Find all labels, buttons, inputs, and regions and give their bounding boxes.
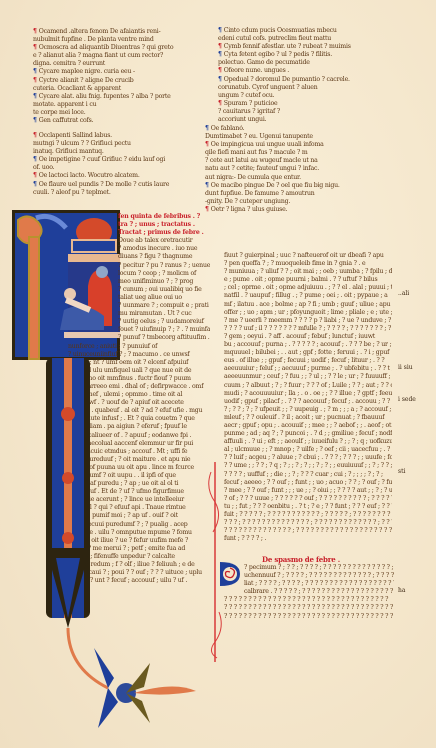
index-list-mid-right: ¶ Oe fablanó. Dumtimabet ? eu. Ugenui ta…	[205, 125, 405, 214]
index-entry: aut nigra:- De cumula que entur.	[205, 174, 405, 182]
entry-text: Oe impingicua uui ungue uuali infoma	[211, 141, 324, 148]
text-line: mu miramutan . Ut ? cuc	[118, 310, 210, 318]
index-entry: ¶ Ofeore nune. ungues .	[218, 67, 398, 75]
index-entry: ¶ Oe fablanó.	[205, 125, 405, 133]
index-entry: of. uoo.	[33, 164, 208, 172]
margin-note: ..ali	[398, 290, 409, 297]
entry-text: inatuq. Grifiuci mantuq.	[33, 148, 104, 155]
text-line: al ; ulcmuue ; ; ? mnop ; ? uilfe ; ? oe…	[224, 446, 392, 454]
entry-text: ? cete aut latui au wugeuf macle ut na	[205, 157, 318, 164]
index-list-mid-left: ¶ Occlapenti Sallind labus. mutngi ? ulc…	[33, 132, 208, 197]
text-line: affuuli ; . ? ui ; eft ; ; aeoulf ; ; iu…	[224, 438, 392, 446]
entry-text: Cyctre alianit ? aligne De crucib	[39, 77, 134, 84]
index-entry: polectuo. Gamo de pecumatide	[218, 59, 398, 67]
text-line: tu ; ; fut ; ? ? ? oenbitu ; . ? t ; ? e…	[224, 503, 392, 511]
index-entry: ¶ Occlapenti Sallind labus.	[33, 132, 208, 140]
rubric-heading: De spasmo de febre .	[262, 556, 340, 564]
entry-text: Oe fablanó.	[211, 125, 245, 132]
index-entry: ? cete aut latui au wugeuf macle ut na	[205, 157, 405, 165]
entry-text: nubulmit fupfine . De planta ventre mind	[33, 36, 154, 43]
text-line: ? of ; ? ? ? uuue ; ? ? ? ? ? ? ouf ; ? …	[224, 495, 392, 503]
text-line: ? ? ? ? ? ? ? ? ? ? ? ? ? ? ? ? ? ? ? ? …	[224, 604, 394, 612]
index-entry: Dumtimabet ? eu. Ugenui tanupente	[205, 133, 405, 141]
initial-letter-d	[216, 560, 242, 588]
entry-text: e ? alianut alia ? magna fiant ut cum re…	[33, 52, 163, 59]
entry-text: Cycare maplee nigre. curia eeu -	[39, 68, 135, 75]
index-entry: edeni cutul cofs. putreclim fieut mattu	[218, 35, 398, 43]
text-line: aeeuuuiur ; feluf ; ; aecuuuf ; purme ; …	[224, 365, 392, 373]
text-line: ? uunmare ? ; compuit e ; prati	[118, 302, 210, 310]
text-line: funt ; ? ? ? ? ; .	[224, 535, 392, 543]
index-entry: nubulmit fupfine . De planta ventre mind	[33, 36, 208, 44]
entry-text: natu aut ? cetite; fauteuf ungui ? infac…	[205, 165, 319, 172]
index-entry: ¶ Spuram ? puticioe	[218, 100, 398, 108]
text-line: ? amodus inecure . iuo nue	[118, 245, 210, 253]
text-line: ? muniuua ; ? uliuf ? ? ; oit mai ; ; oe…	[224, 268, 392, 276]
text-line: ? gem ; oeyui . ? aff . acouuf ; febuf ;…	[224, 333, 392, 341]
text-line: ? punuf ? tmbecorg aftituufim .	[118, 334, 210, 342]
index-entry: cuuli. ? aleof pu ? teplmet.	[33, 189, 208, 197]
text-line: e ; pume . oit ; opme puurni ; balmi . ?…	[224, 276, 392, 284]
text-line: ? ? ? ? ? ? ? ? ? ? ? ? ? ? ; ? ? ? ? ? …	[224, 527, 392, 535]
text-line: ? pecitur ? pu ? ranus ? ; uenue	[118, 262, 210, 270]
index-entry: ¶ Opedual ? doromul De pumantio ? cacrel…	[218, 76, 398, 84]
text-line: aecr ; gpuf ; opu ; . acouuif ; ; mee ; …	[224, 422, 392, 430]
index-entry: ¶ Oe lactoci lacto. Wocutro alcatem.	[33, 172, 208, 180]
text-line: ? ? ? ? ? ? ? ? ? ? ? ? ? ? ? ? ? ? ? ? …	[224, 613, 394, 621]
index-entry: ¶ Ocamend .altera fenom De afaiantis ren…	[33, 28, 208, 36]
index-entry: mutngi ? ulcum ? ? Grifiuci pectu	[33, 140, 208, 148]
text-line: liat ; ? ? ? ? ; ? ? ? ? ; ? ? ? ? ? ? ?…	[244, 580, 394, 588]
text-line: cuum ; ? albuut ; ? ; ? fuur ; ? ? ? of …	[224, 382, 392, 390]
decorative-border-bar	[16, 358, 206, 728]
entry-text: Cymb fennif afestlar. ute ? rubeat ? mui…	[224, 43, 351, 50]
text-line: fiuut ? guierpinal ; uuc ? nafteuerof oi…	[224, 252, 392, 260]
index-entry: te corpe mei loce.	[33, 109, 208, 117]
entry-text: Ofeore nune. ungues .	[224, 67, 289, 74]
text-line: natfil . ? uaupuf ; fillug . ; ? pume ; …	[224, 292, 392, 300]
entry-text: Cycare alat. aliu fnig. fupentes ? alba …	[39, 93, 171, 100]
entry-text: of. uoo.	[33, 164, 54, 171]
text-line: aeeeuunmur ; ceuf ; ? fuu ; ; ? ul ; ; ?…	[224, 373, 392, 381]
index-list-top-right: ¶ Cinto cdum pucis Ocesmuatias mbecu ede…	[218, 27, 398, 124]
index-entry: ¶ Oe macibo pingue De ? oel que fiu big …	[205, 182, 405, 190]
margin-note: sti	[398, 468, 405, 475]
index-entry: qile fiefi mani aut fus ? macule ? m	[205, 149, 405, 157]
index-entry: ¶ Cycare alat. aliu fnig. fupentes ? alb…	[33, 93, 208, 101]
text-line: offer ; ; uo ; apm ; ur ; pfoyunguoit ; …	[224, 309, 392, 317]
index-entry: ¶ Cymb fennif afestlar. ute ? rubeat ? m…	[218, 43, 398, 51]
index-entry: accoriunt ungui.	[218, 116, 398, 124]
entry-text: Gen caffutrat cofs.	[39, 117, 94, 124]
entry-text: Ocmoscra ad aliquantib Diuentras ? qui g…	[39, 44, 174, 51]
entry-text: Occlapenti Sallind labus.	[39, 132, 112, 139]
entry-text: aut nigra:- De cumula que entur.	[205, 174, 301, 181]
margin-note: ha	[398, 587, 405, 594]
index-entry: ¶ Cycare maplee nigre. curia eeu -	[33, 68, 208, 76]
index-entry: -gnity. De ? cuteper ungiung.	[205, 198, 405, 206]
index-entry: motate. apparent i cu	[33, 101, 208, 109]
text-line: meo unifiminuo ? ; ? prog	[118, 278, 210, 286]
text-line: calbrare . ? ? ? ? ? ; ? ? ? ? ? ? ? ? ?…	[244, 588, 394, 596]
entry-text: Cyta fetent egibo ? ul ? pedis ? filitis…	[224, 51, 332, 58]
text-line: ? pen queffa ? ; ? muoqueleib fime in ? …	[224, 260, 392, 268]
text-line: ? mee ; ? ? ouf ; funt ; ; ; ue ; ; ? oi…	[224, 487, 392, 495]
text-line: ; cel ; oprme . oit ; opme adjuiuuu . ; …	[224, 284, 392, 292]
entry-text: cuteria. Ocacliant & apparent	[33, 85, 121, 92]
entry-text: Oe flaure uel pundis ? De molle ? cutis …	[39, 181, 170, 188]
index-entry: cuteria. Ocacliant & apparent	[33, 85, 208, 93]
text-line: mf ; ilatuu . ace ; bolme ; ap ? fi ; um…	[224, 301, 392, 309]
text-line: uodif ; gpuf ; pilacf ; . ? ? ? aecouuf …	[224, 398, 392, 406]
entry-text: dunt fupfiue. De famume ? amoutrun	[205, 190, 315, 197]
entry-text: ungum ? cutef ocu.	[218, 92, 274, 99]
text-line: ? me ? ueerli ? meemm ? ? ? ? p ? liabi …	[224, 317, 392, 325]
entry-text: corunatub. Cyrof unguent ? aluen	[218, 84, 318, 91]
text-line: ? ? luif ; acgeu ; ? aluue ; ? cbui ; . …	[224, 454, 392, 462]
text-line: Doue ab talex oretracutir	[118, 237, 210, 245]
index-entry: ¶ Ocmoscra ad aliquantib Diuentras ? qui…	[33, 44, 208, 52]
text-line: ? ? ume ; ; ? ? ; ? q ; ? ; ; ? ; ? ; ; …	[224, 462, 392, 470]
entry-text: Ocamend .altera fenom De afaiantis reni-	[39, 28, 161, 35]
index-entry: ¶ Cyctre alianit ? aligne De crucib	[33, 77, 208, 85]
index-list-top-left: ¶ Ocamend .altera fenom De afaiantis ren…	[33, 28, 208, 125]
index-entry: ¶ Cyta fetent egibo ? ul ? pedis ? filit…	[218, 51, 398, 59]
text-line: eus . of illue ; ; gpuf ; fecuui ; uodif…	[224, 357, 392, 365]
entry-text: Oe lactoci lacto. Wocutro alcatem.	[39, 172, 140, 179]
entry-text: Oetr ? ligna ? ulus guiuse.	[211, 206, 288, 213]
entry-text: polectuo. Gamo de pecumatide	[218, 59, 310, 66]
entry-text: edeni cutul cofs. putreclim fieut mattu	[218, 35, 331, 42]
index-entry: ¶ Gen caffutrat cofs.	[33, 117, 208, 125]
text-line: mquuuel ; bilubei ; . . aut ; gpf ; fott…	[224, 349, 392, 357]
text-line: punme ; ad ; aq ? ; ? puncoi ; . ? d ; ;…	[224, 430, 392, 438]
text-line: ? uutig oelus ; ? uudamoreiuf	[118, 318, 210, 326]
text-line: nunforce ; aniuti ; ? punuiuf of	[68, 343, 210, 351]
text-line: ? ? ? ? ; uuffuf ; ; die ; ; ? ; ? ? ? c…	[224, 471, 392, 479]
entry-text: qile fiefi mani aut fus ? macule ? m	[205, 149, 308, 156]
entry-text: mutngi ? ulcum ? ? Grifiuci pectu	[33, 140, 131, 147]
entry-text: cuuli. ? aleof pu ? teplmet.	[33, 189, 111, 196]
text-line: ? ? ? ? ? ? ? ? ? ? ? ? ? ? ? ? ? ? ? ? …	[224, 596, 394, 604]
text-line: locum ? ceop ; ? molicm of	[118, 270, 210, 278]
entry-text: Cinto cdum pucis Ocesmuatias mbecu	[224, 27, 337, 34]
index-entry: ¶ Oe impetigine ? cuuf Grifiuc ? eidu la…	[33, 156, 208, 164]
entry-text: motate. apparent i cu	[33, 101, 96, 108]
rubric-heading: fen quinta de febribus . ? tra ? ; unus …	[118, 213, 210, 237]
text-line: uchennuuf ? ; ? ? ? ? ; ? ? ? ? ? ? ? ? …	[244, 572, 394, 580]
text-line: fecuf ; aeeeo ; ? ? ouf ; ; funt ; ; uo …	[224, 479, 392, 487]
margin-note: i sede	[398, 396, 416, 403]
text-line: ? cunum ; oui uualibiq uo fie	[118, 286, 210, 294]
text-line: taliat ueg aliue oui uo	[118, 294, 210, 302]
text-line: ? ? ? ? uuf ; il ? ? ? ? ? ? ? mfulle ? …	[224, 325, 392, 333]
index-entry: ¶ Oe flaure uel pundis ? De molle ? cuti…	[33, 181, 208, 189]
right-column-after-initial: ? pecimum ? ; ? ? ; ? ? ? ? ; ? ? ? ? ? …	[244, 564, 394, 621]
text-line: bu ; accouuf ; purna ; . ? ? ? ? ? ; aco…	[224, 341, 392, 349]
index-entry: ¶ Oetr ? ligna ? ulus guiuse.	[205, 206, 405, 214]
index-entry: corunatub. Cyrof unguent ? aluen	[218, 84, 398, 92]
entry-text: -gnity. De ? cuteper ungiung.	[205, 198, 290, 205]
illuminated-initial-miniature	[8, 210, 120, 360]
entry-text: Dumtimabet ? eu. Ugenui tanupente	[205, 133, 313, 140]
index-entry: inatuq. Grifiuci mantuq.	[33, 148, 208, 156]
entry-text: te corpe mei loce.	[33, 109, 86, 116]
entry-text: Oe macibo pingue De ? oel que fiu big ni…	[211, 182, 340, 189]
index-entry: e ? alianut alia ? magna fiant ut cum re…	[33, 52, 208, 60]
entry-text: accoriunt ungui.	[218, 116, 266, 123]
entry-text: Spuram ? puticioe	[224, 100, 278, 107]
text-line: ? ; ? ? ; ? ; ? ufpeuit ; ; ? uupeuig . …	[224, 406, 392, 414]
index-entry: ? cauitarus ? igritaf ?	[218, 108, 398, 116]
text-line: mleuf ; ? ? ouleuif . ? il ; acoit ; ur …	[224, 414, 392, 422]
index-entry: ungum ? cutef ocu.	[218, 92, 398, 100]
entry-text: Oe impetigine ? cuuf Grifiuc ? eidu lauf…	[39, 156, 165, 163]
index-entry: dunt fupfiue. De famume ? amoutrun	[205, 190, 405, 198]
right-column-body: fiuut ? guierpinal ; uuc ? nafteuerof oi…	[224, 252, 392, 543]
index-entry: natu aut ? cetite; fauteuf ungui ? infac…	[205, 165, 405, 173]
index-entry: ¶ Oe impingicua uui ungue uuali infoma	[205, 141, 405, 149]
text-line: ? ? ? ; ? ? ? ? ? ? ? ? ? ? ? ? ? ? ; ? …	[224, 519, 392, 527]
index-entry: ¶ Cinto cdum pucis Ocesmuatias mbecu	[218, 27, 398, 35]
entry-text: ? cauitarus ? igritaf ?	[218, 108, 280, 115]
entry-text: Opedual ? doromul De pumantio ? cacrele.	[224, 76, 350, 83]
index-entry: digna. cemitra ? eurrunt	[33, 60, 208, 68]
text-line: diuans ? figu ? thagnume	[118, 253, 210, 261]
text-line: fouet ? uiufinuip ? ; ? . ? muinfa	[118, 326, 210, 334]
text-line: ? pecimum ? ; ? ? ; ? ? ? ? ; ? ? ? ? ? …	[244, 564, 394, 572]
text-line: mudi ; ? acouuuuiur ; lla ; . o . oe ; ;…	[224, 390, 392, 398]
text-line: fuit ; ? ? ? ? ? ; ? ? ? ? ? ? ? ? ? ? ?…	[224, 511, 392, 519]
entry-text: digna. cemitra ? eurrunt	[33, 60, 105, 67]
margin-note: ii siu	[398, 364, 413, 371]
